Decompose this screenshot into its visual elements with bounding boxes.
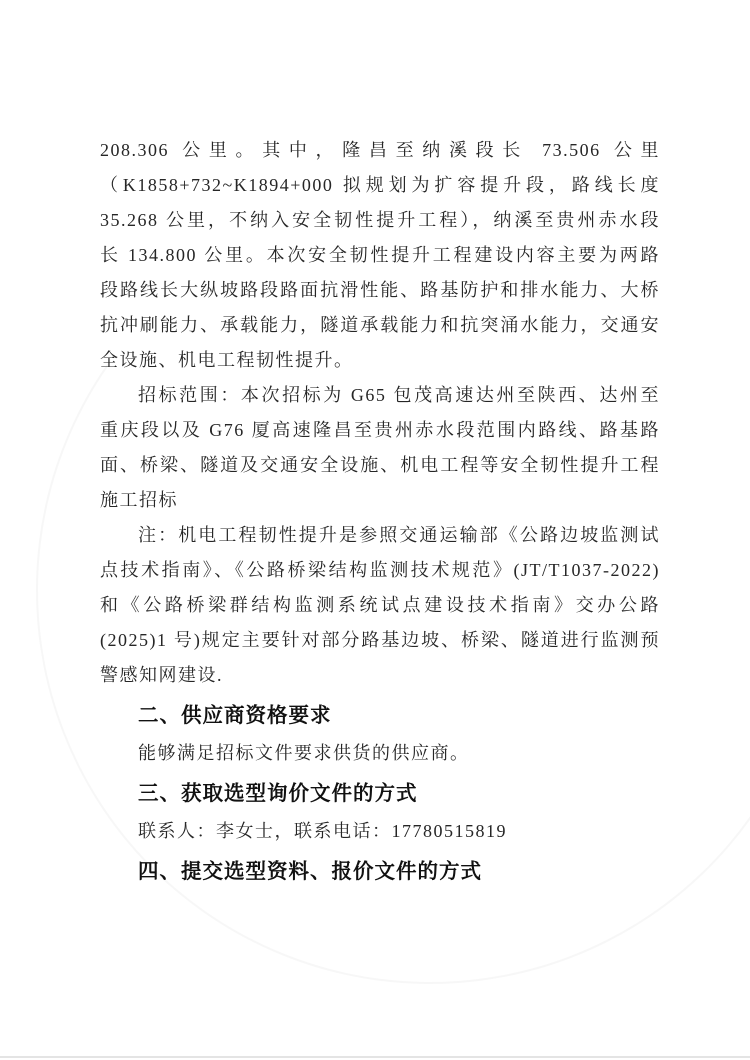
document-page: 208.306 公里。其中，隆昌至纳溪段长 73.506 公里（K1858+73… [0, 0, 750, 1060]
text-line: 警感知网建设. [100, 658, 660, 693]
document-content: 208.306 公里。其中，隆昌至纳溪段长 73.506 公里（K1858+73… [100, 133, 660, 892]
paragraph: 联系人：李女士，联系电话：17780515819 [100, 814, 660, 849]
text-line: 施工招标 [100, 483, 660, 518]
section-heading: 三、获取选型询价文件的方式 [100, 776, 660, 811]
section-heading: 四、提交选型资料、报价文件的方式 [100, 854, 660, 889]
paragraph: 招标范围：本次招标为 G65 包茂高速达州至陕西、达州至重庆段以及 G76 厦高… [100, 378, 660, 518]
text-line: 能够满足招标文件要求供货的供应商。 [100, 736, 660, 771]
text-line: （K1858+732~K1894+000 拟规划为扩容提升段，路线长度 [100, 168, 660, 203]
text-line: 联系人：李女士，联系电话：17780515819 [100, 814, 660, 849]
text-line: 面、桥梁、隧道及交通安全设施、机电工程等安全韧性提升工程 [100, 448, 660, 483]
text-line: 35.268 公里，不纳入安全韧性提升工程），纳溪至贵州赤水段 [100, 203, 660, 238]
text-line: 长 134.800 公里。本次安全韧性提升工程建设内容主要为两路 [100, 238, 660, 273]
section-heading: 二、供应商资格要求 [100, 698, 660, 733]
paragraph: 208.306 公里。其中，隆昌至纳溪段长 73.506 公里（K1858+73… [100, 133, 660, 378]
page-bottom-edge [0, 1056, 750, 1058]
paragraph: 能够满足招标文件要求供货的供应商。 [100, 736, 660, 771]
text-line: (2025)1 号)规定主要针对部分路基边坡、桥梁、隧道进行监测预 [100, 623, 660, 658]
text-line: 点技术指南》、《公路桥梁结构监测技术规范》(JT/T1037-2022) [100, 553, 660, 588]
text-line: 全设施、机电工程韧性提升。 [100, 343, 660, 378]
text-line: 注：机电工程韧性提升是参照交通运输部《公路边坡监测试 [100, 518, 660, 553]
text-line: 重庆段以及 G76 厦高速隆昌至贵州赤水段范围内路线、路基路 [100, 413, 660, 448]
text-line: 招标范围：本次招标为 G65 包茂高速达州至陕西、达州至 [100, 378, 660, 413]
paragraph: 注：机电工程韧性提升是参照交通运输部《公路边坡监测试点技术指南》、《公路桥梁结构… [100, 518, 660, 693]
text-line: 208.306 公里。其中，隆昌至纳溪段长 73.506 公里 [100, 133, 660, 168]
text-line: 段路线长大纵坡路段路面抗滑性能、路基防护和排水能力、大桥 [100, 273, 660, 308]
text-line: 和《公路桥梁群结构监测系统试点建设技术指南》交办公路 [100, 588, 660, 623]
text-line: 抗冲刷能力、承载能力，隧道承载能力和抗突涌水能力，交通安 [100, 308, 660, 343]
